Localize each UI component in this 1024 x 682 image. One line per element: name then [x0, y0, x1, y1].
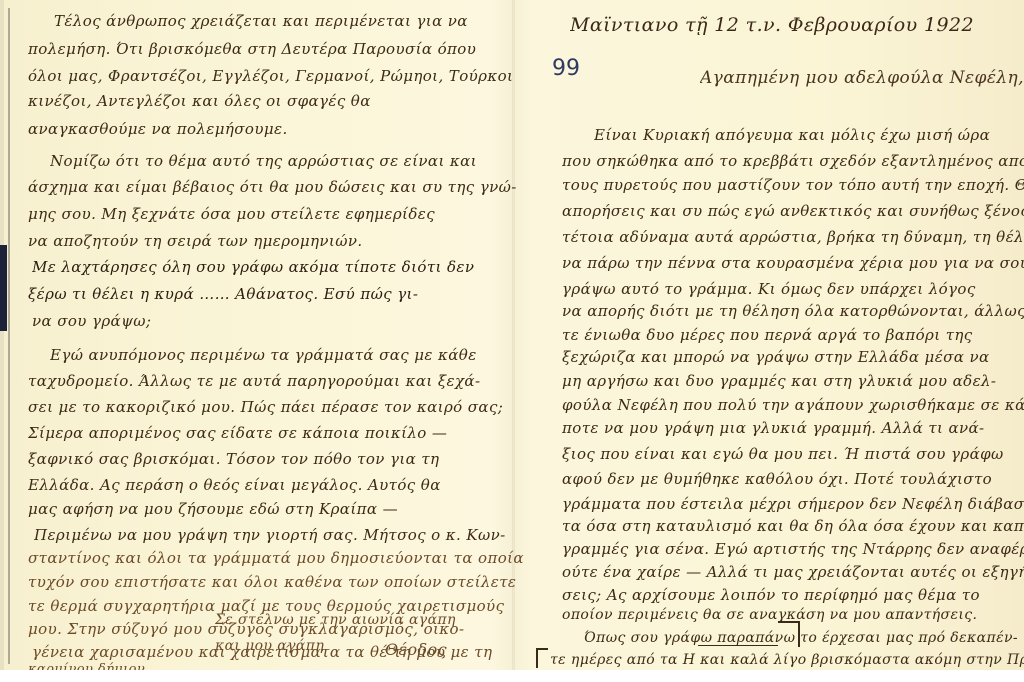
scanned-letter-sheet: Τέλος άνθρωπος χρειάζεται και περιμένετα…	[0, 0, 1024, 670]
text-line: ξιος που είναι και εγώ θα μου πει. Ή πισ…	[562, 445, 1004, 463]
text-line: όλοι μας, Φραντσέζοι, Εγγλέζοι, Γερμανοί…	[28, 67, 513, 85]
text-line: Σίμερα αποριμένος σας είδατε σε κάποια π…	[28, 424, 447, 442]
text-line: σεις; Ας αρχίσουμε λοιπόν το περίφημό μα…	[562, 586, 980, 604]
text-line: πολεμήση. Ότι βρισκόμεθα στη Δευτέρα Παρ…	[28, 40, 476, 58]
right-page: Μαϊντιανο τῇ 12 τ.ν. Φεβρουαρίου 1922 99…	[522, 0, 1020, 670]
signature: Θέοδος	[385, 640, 447, 659]
text-line: σταντίνος και όλοι τα γράμματά μου δημοσ…	[28, 549, 524, 567]
left-page: Τέλος άνθρωπος χρειάζεται και περιμένετα…	[14, 0, 509, 670]
folio-number: 99	[552, 56, 580, 81]
text-line: τα όσα στη καταυλισμό και θα δη όλα όσα …	[562, 517, 1024, 535]
text-line: ούτε ένα χαίρε — Αλλά τι μας χρειάζονται…	[562, 563, 1024, 581]
text-line: αφού δεν με θυμήθηκε καθόλου όχι. Ποτέ τ…	[562, 470, 992, 488]
bracket-mark	[536, 648, 548, 668]
text-line: να πάρω την πέννα στα κουρασμένα χέρια μ…	[562, 254, 1024, 272]
paper-left-edge	[0, 0, 4, 670]
underline-mark	[698, 645, 778, 646]
text-line: που σηκώθηκα από το κρεββάτι σχεδόν εξαν…	[562, 152, 1024, 170]
text-line: Είναι Κυριακή απόγευμα και μόλις έχω μισ…	[594, 126, 990, 144]
letter-salutation: Αγαπημένη μου αδελφούλα Νεφέλη,	[700, 68, 1024, 88]
text-line: τους πυρετούς που μαστίζουν τον τόπο αυτ…	[562, 176, 1024, 194]
text-line: να σου γράψω;	[32, 312, 151, 330]
text-line: μας αφήση να μου ζήσουμε εδώ στη Κραίπα …	[28, 500, 398, 518]
text-line: τυχόν σου επιστήσατε και όλοι καθένα των…	[28, 573, 516, 591]
text-line: Ελλάδα. Ας περάση ο θεός είναι μεγάλος. …	[28, 476, 441, 494]
text-line: μης σου. Μη ξεχνάτε όσα μου στείλετε εφη…	[28, 205, 435, 223]
scan-margin	[0, 670, 1024, 682]
scan-edge-shadow	[0, 245, 7, 331]
text-line: γράμματα που έστειλα μέχρι σήμερον δεν Ν…	[562, 495, 1024, 513]
bracket-mark	[778, 621, 800, 647]
text-line: τέτοια αδύναμα αυτά αρρώστια, βρήκα τη δ…	[562, 228, 1024, 246]
text-line: ταχυδρομείο. Άλλως τε με αυτά παρηγορούμ…	[28, 372, 480, 390]
text-line: μη αργήσω και δυο γραμμές και στη γλυκιά…	[562, 372, 996, 390]
text-line: απορήσεις και συ πώς εγώ ανθεκτικός και …	[562, 202, 1024, 220]
text-line: Νομίζω ότι το θέμα αυτό της αρρώστιας σε…	[50, 152, 477, 170]
text-line: να αποζητούν τη σειρά των ημερομηνιών.	[28, 232, 363, 250]
page-fold	[512, 0, 515, 670]
text-line: ξαφνικό σας βρισκόμαι. Τόσον τον πόθο το…	[28, 450, 439, 468]
text-line: ξεχώριζα και μπορώ να γράψω στην Ελλάδα …	[562, 348, 990, 366]
text-line: αναγκασθούμε να πολεμήσουμε.	[28, 120, 288, 138]
text-line: κινέζοι, Αντεγλέζοι και όλες οι σφαγές θ…	[28, 92, 371, 110]
text-line: Εγώ ανυπόμονος περιμένω τα γράμματά σας …	[50, 346, 477, 364]
text-line: να απορής διότι με τη θέληση όλα κατορθώ…	[562, 302, 1024, 320]
text-line: ξέρω τι θέλει η κυρά …… Αθάνατος. Εσύ πώ…	[28, 285, 418, 303]
text-line: τε ημέρες από τα Η και καλά λίγο βρισκόμ…	[550, 652, 1024, 668]
text-line: τε ένιωθα δυο μέρες που περνά αργά το βα…	[562, 326, 973, 344]
text-line: ποτε να μου γράψη μια γλυκιά γραμμή. Αλλ…	[562, 419, 985, 437]
text-line: γραμμές για σένα. Εγώ αρτιστής της Ντάρρ…	[562, 540, 1024, 558]
text-line: οποίον περιμένεις θα σε αναγκάση να μου …	[562, 607, 977, 623]
closing-line: Σε στέλνω με την αιωνία αγάπη	[215, 612, 456, 628]
text-line: Με λαχτάρησες όλη σου γράφω ακόμα τίποτε…	[32, 258, 474, 276]
text-line: Περιμένω να μου γράψη την γιορτή σας. Μή…	[34, 526, 506, 544]
text-line: γράψω αυτό το γράμμα. Κι όμως δεν υπάρχε…	[562, 280, 976, 298]
margin-rule	[8, 8, 10, 664]
closing-line: και μου αγάπη	[215, 638, 324, 654]
text-line: Τέλος άνθρωπος χρειάζεται και περιμένετα…	[54, 12, 468, 30]
text-line: σει με το κακοριζικό μου. Πώς πάει πέρασ…	[28, 398, 503, 416]
text-line: άσχημα και είμαι βέβαιος ότι θα μου δώσε…	[28, 178, 517, 196]
text-line: Όπως σου γράφω παραπάνω το έρχεσαι μας π…	[584, 630, 1018, 646]
letter-date: Μαϊντιανο τῇ 12 τ.ν. Φεβρουαρίου 1922	[570, 14, 974, 36]
text-line: φούλα Νεφέλη που πολύ την αγάπουν χωρισθ…	[562, 396, 1024, 414]
